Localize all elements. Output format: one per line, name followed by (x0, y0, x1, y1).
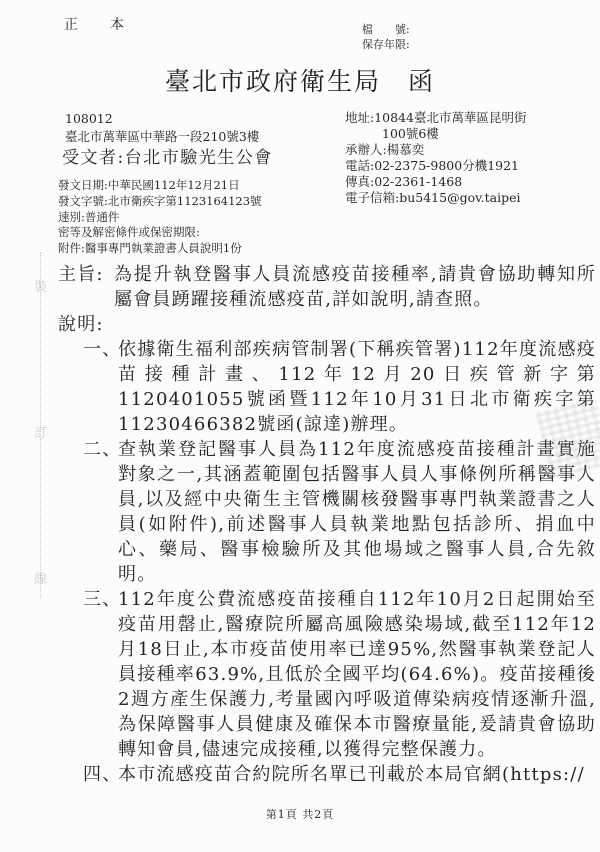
page-number: 第1頁 共2頁 (0, 806, 600, 822)
sender-contact-person: 承辦人:楊慕奕 (345, 142, 585, 158)
document-meta-block: 發文日期:中華民國112年12月21日 發文字號:北市衛疾字第112316412… (58, 178, 358, 257)
item-number: 二、 (83, 437, 118, 587)
document-title: 臺北市政府衛生局 函 (0, 62, 600, 98)
binding-mark-ding: 訂 (34, 422, 47, 441)
sender-address-line1: 地址:10844臺北市萬華區昆明街 (345, 110, 585, 126)
sender-email: 電子信箱:bu5415@gov.taipei (345, 190, 585, 206)
explanation-item-3: 三、 112年度公費流感疫苗接種自112年10月2日起開始至疫苗用罄止,醫療院所… (83, 587, 596, 762)
document-number: 發文字號:北市衛疾字第1123164123號 (58, 194, 358, 210)
sender-fax: 傳真:02-2361-1468 (345, 174, 585, 190)
recipient-postal-code: 108012 (65, 111, 113, 126)
sender-phone: 電話:02-2375-9800分機1921 (345, 158, 585, 174)
retention-period-label: 保存年限: (362, 36, 410, 52)
priority-level: 速別:普通件 (58, 210, 358, 226)
item-text: 查執業登記醫事人員為112年度流感疫苗接種計畫實施對象之一,其涵蓋範圍包括醫事人… (118, 437, 596, 587)
subject-text: 為提升執登醫事人員流感疫苗接種率,請貴會協助轉知所屬會員踴躍接種流感疫苗,詳如說… (114, 262, 596, 312)
copy-type-label: 正 本 (64, 14, 133, 34)
explanation-item-1: 一、 依據衛生福利部疾病管制署(下稱疾管署)112年度流感疫苗接種計畫、112年… (83, 337, 596, 437)
sender-contact-block: 地址:10844臺北市萬華區昆明街 100號6樓 承辦人:楊慕奕 電話:02-2… (345, 110, 585, 206)
item-text: 依據衛生福利部疾病管制署(下稱疾管署)112年度流感疫苗接種計畫、112年12月… (118, 337, 596, 437)
subject-label: 主旨: (58, 262, 114, 312)
item-number: 一、 (83, 337, 118, 437)
file-number-label: 檔 號: (362, 21, 410, 37)
item-number: 三、 (83, 587, 118, 762)
sender-address-line2: 100號6樓 (345, 126, 585, 142)
binding-mark-zhuang: 裝 (34, 276, 47, 295)
explanation-item-2: 二、 查執業登記醫事人員為112年度流感疫苗接種計畫實施對象之一,其涵蓋範圍包括… (83, 437, 596, 587)
letter-body: 主旨: 為提升執登醫事人員流感疫苗接種率,請貴會協助轉知所屬會員踴躍接種流感疫苗… (58, 262, 596, 787)
item-text: 112年度公費流感疫苗接種自112年10月2日起開始至疫苗用罄止,醫療院所屬高風… (118, 587, 596, 762)
explanation-item-4: 四、 本市流感疫苗合約院所名單已刊載於本局官網(https:// (83, 762, 596, 787)
attachment-note: 附件:醫事專門執業證書人員說明1份 (58, 241, 358, 257)
issue-date: 發文日期:中華民國112年12月21日 (58, 178, 358, 194)
recipient-name: 受文者:台北市驗光生公會 (62, 143, 273, 168)
item-text: 本市流感疫苗合約院所名單已刊載於本局官網(https:// (118, 762, 596, 787)
official-letter-page: 正 本 檔 號: 保存年限: 臺北市政府衛生局 函 108012 臺北市萬華區中… (0, 0, 600, 852)
binding-mark-xian: 線 (34, 568, 47, 587)
explanation-label: 說明: (58, 312, 596, 337)
subject-section: 主旨: 為提升執登醫事人員流感疫苗接種率,請貴會協助轉知所屬會員踴躍接種流感疫苗… (58, 262, 596, 312)
security-classification: 密等及解密條件或保密期限: (58, 225, 358, 241)
item-number: 四、 (83, 762, 118, 787)
